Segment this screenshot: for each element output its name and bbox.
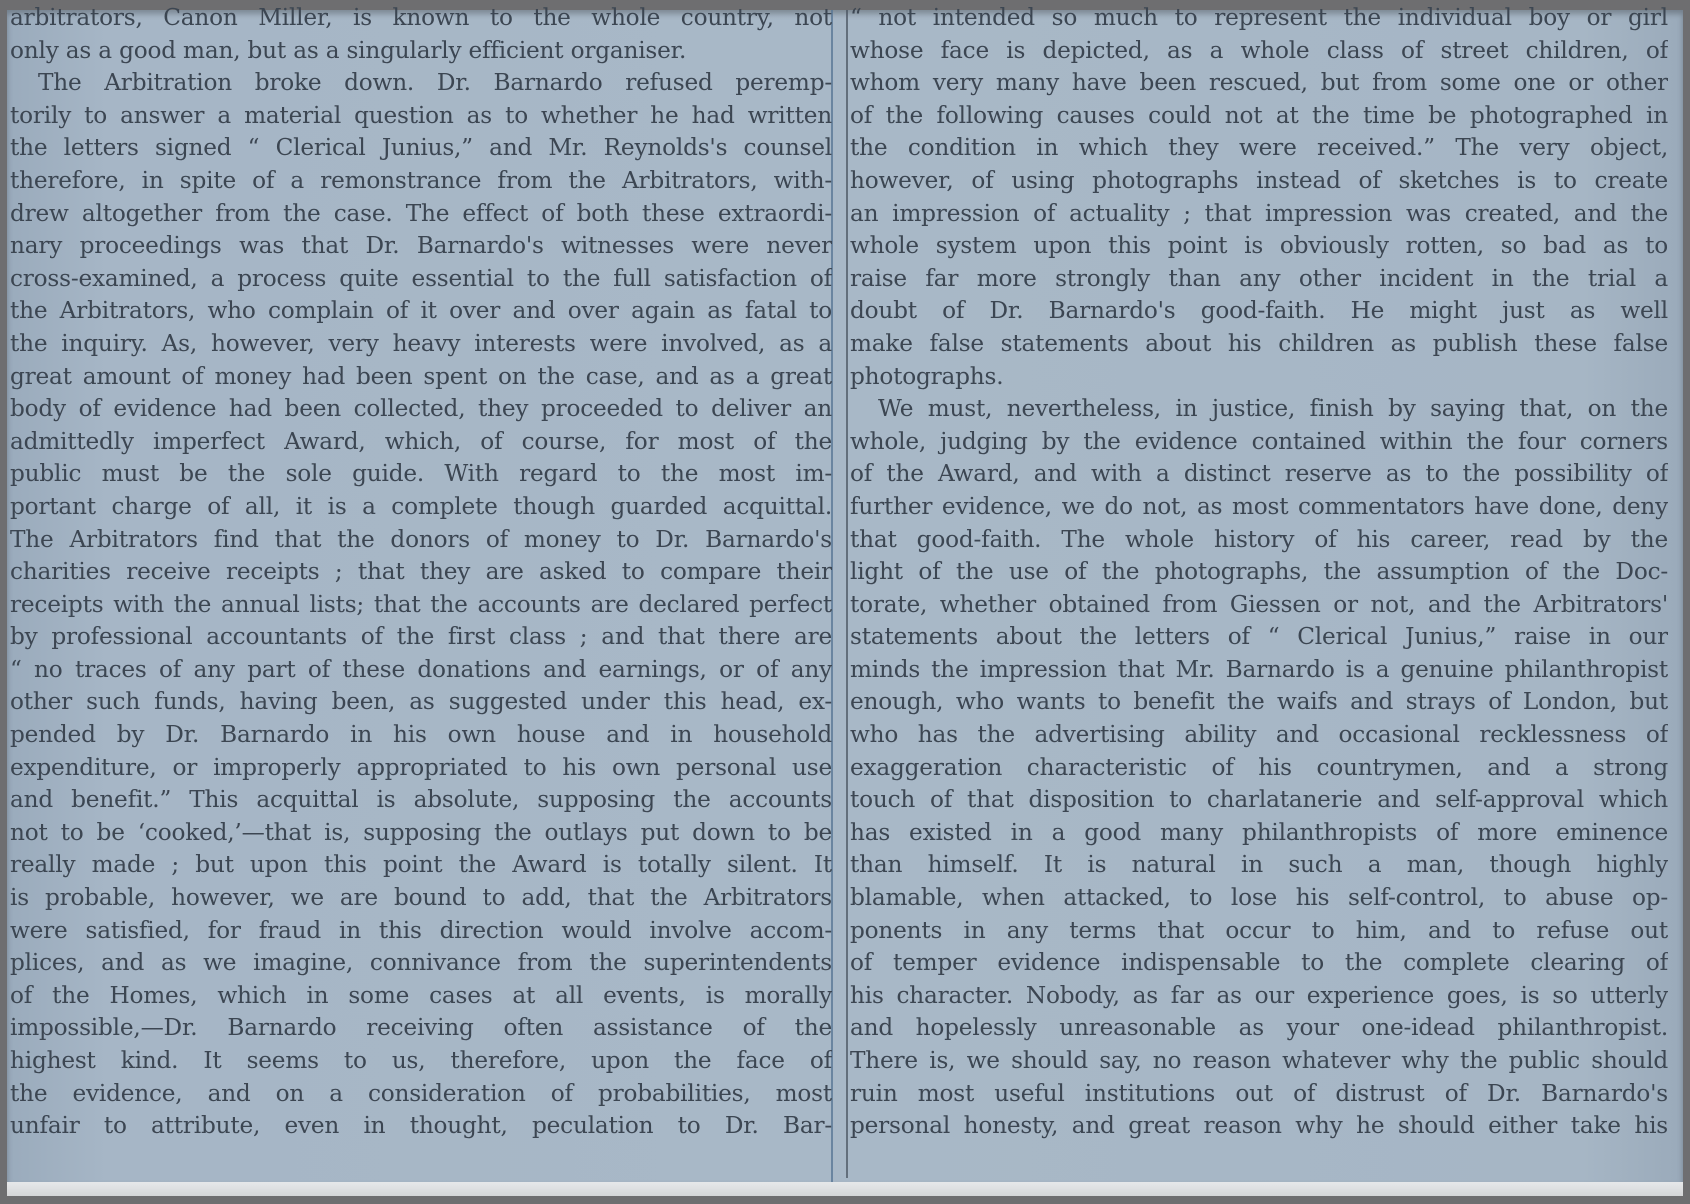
- text-line: the condition in which they were receive…: [850, 132, 1668, 165]
- text-line: of the following causes could not at the…: [850, 100, 1668, 133]
- text-line: pended by Dr. Barnardo in his own house …: [10, 719, 832, 752]
- text-line: “ not intended so much to represent the …: [850, 2, 1668, 35]
- text-line: raise far more strongly than any other i…: [850, 263, 1668, 296]
- text-line: whole, judging by the evidence contained…: [850, 426, 1668, 459]
- text-line: were satisfied, for fraud in this direct…: [10, 915, 832, 948]
- text-line: is probable, however, we are bound to ad…: [10, 882, 832, 915]
- text-line: who has the advertising ability and occa…: [850, 719, 1668, 752]
- column-rule-right: [846, 10, 848, 1178]
- text-line: his character. Nobody, as far as our exp…: [850, 980, 1668, 1013]
- text-line: whole system upon this point is obviousl…: [850, 230, 1668, 263]
- text-line: portant charge of all, it is a complete …: [10, 491, 832, 524]
- text-line: however, of using photographs instead of…: [850, 165, 1668, 198]
- text-line: receipts with the annual lists; that the…: [10, 589, 832, 622]
- text-line: enough, who wants to benefit the waifs a…: [850, 686, 1668, 719]
- text-line: the evidence, and on a consideration of …: [10, 1078, 832, 1111]
- text-line: and hopelessly unreasonable as your one-…: [850, 1012, 1668, 1045]
- text-line: charities receive receipts ; that they a…: [10, 556, 832, 589]
- text-line: doubt of Dr. Barnardo's good-faith. He m…: [850, 295, 1668, 328]
- text-line: make false statements about his children…: [850, 328, 1668, 361]
- text-line: torily to answer a material question as …: [10, 100, 832, 133]
- text-line: really made ; but upon this point the Aw…: [10, 849, 832, 882]
- text-line: the inquiry. As, however, very heavy int…: [10, 328, 832, 361]
- right-column: “ not intended so much to represent the …: [850, 2, 1668, 1143]
- text-line: other such funds, having been, as sugges…: [10, 686, 832, 719]
- text-line: The Arbitrators find that the donors of …: [10, 524, 832, 557]
- text-line: unfair to attribute, even in thought, pe…: [10, 1110, 832, 1143]
- text-line: by professional accountants of the first…: [10, 621, 832, 654]
- text-line: an impression of actuality ; that impres…: [850, 198, 1668, 231]
- text-line: whom very many have been rescued, but fr…: [850, 67, 1668, 100]
- paragraph-start-line: The Arbitration broke down. Dr. Barnardo…: [10, 67, 832, 100]
- text-line: personal honesty, and great reason why h…: [850, 1110, 1668, 1143]
- text-line: admittedly imperfect Award, which, of co…: [10, 426, 832, 459]
- text-line: therefore, in spite of a remonstrance fr…: [10, 165, 832, 198]
- text-line: statements about the letters of “ Cleric…: [850, 621, 1668, 654]
- text-line: not to be ‘cooked,’—that is, supposing t…: [10, 817, 832, 850]
- text-line: highest kind. It seems to us, therefore,…: [10, 1045, 832, 1078]
- text-line: drew altogether from the case. The effec…: [10, 198, 832, 231]
- text-line: impossible,—Dr. Barnardo receiving often…: [10, 1012, 832, 1045]
- text-line: body of evidence had been collected, the…: [10, 393, 832, 426]
- text-line: exaggeration characteristic of his count…: [850, 752, 1668, 785]
- text-line: cross-examined, a process quite essentia…: [10, 263, 832, 296]
- text-line: light of the use of the photographs, the…: [850, 556, 1668, 589]
- text-line: minds the impression that Mr. Barnardo i…: [850, 654, 1668, 687]
- page-bottom-edge: [7, 1182, 1683, 1196]
- text-line: arbitrators, Canon Miller, is known to t…: [10, 2, 832, 35]
- text-line: further evidence, we do not, as most com…: [850, 491, 1668, 524]
- text-line: and benefit.” This acquittal is absolute…: [10, 784, 832, 817]
- text-line: great amount of money had been spent on …: [10, 361, 832, 394]
- text-line: plices, and as we imagine, connivance fr…: [10, 947, 832, 980]
- text-line: of the Homes, which in some cases at all…: [10, 980, 832, 1013]
- text-line: “ no traces of any part of these donatio…: [10, 654, 832, 687]
- text-line: ponents in any terms that occur to him, …: [850, 915, 1668, 948]
- text-line: only as a good man, but as a singularly …: [10, 35, 832, 68]
- text-line: that good-faith. The whole history of hi…: [850, 524, 1668, 557]
- text-line: the Arbitrators, who complain of it over…: [10, 295, 832, 328]
- text-line: blamable, when attacked, to lose his sel…: [850, 882, 1668, 915]
- paragraph-start-line: We must, nevertheless, in justice, finis…: [850, 393, 1668, 426]
- left-column: arbitrators, Canon Miller, is known to t…: [10, 2, 832, 1143]
- text-line: has existed in a good many philanthropis…: [850, 817, 1668, 850]
- text-line: ruin most useful institutions out of dis…: [850, 1078, 1668, 1111]
- text-line: of the Award, and with a distinct reserv…: [850, 458, 1668, 491]
- text-line: nary proceedings was that Dr. Barnardo's…: [10, 230, 832, 263]
- text-line: There is, we should say, no reason whate…: [850, 1045, 1668, 1078]
- text-line: expenditure, or improperly appropriated …: [10, 752, 832, 785]
- text-line: whose face is depicted, as a whole class…: [850, 35, 1668, 68]
- text-line: touch of that disposition to charlataner…: [850, 784, 1668, 817]
- text-line: torate, whether obtained from Giessen or…: [850, 589, 1668, 622]
- text-line: than himself. It is natural in such a ma…: [850, 849, 1668, 882]
- text-line: photographs.: [850, 361, 1668, 394]
- text-line: of temper evidence indispensable to the …: [850, 947, 1668, 980]
- text-line: public must be the sole guide. With rega…: [10, 458, 832, 491]
- text-line: the letters signed “ Clerical Junius,” a…: [10, 132, 832, 165]
